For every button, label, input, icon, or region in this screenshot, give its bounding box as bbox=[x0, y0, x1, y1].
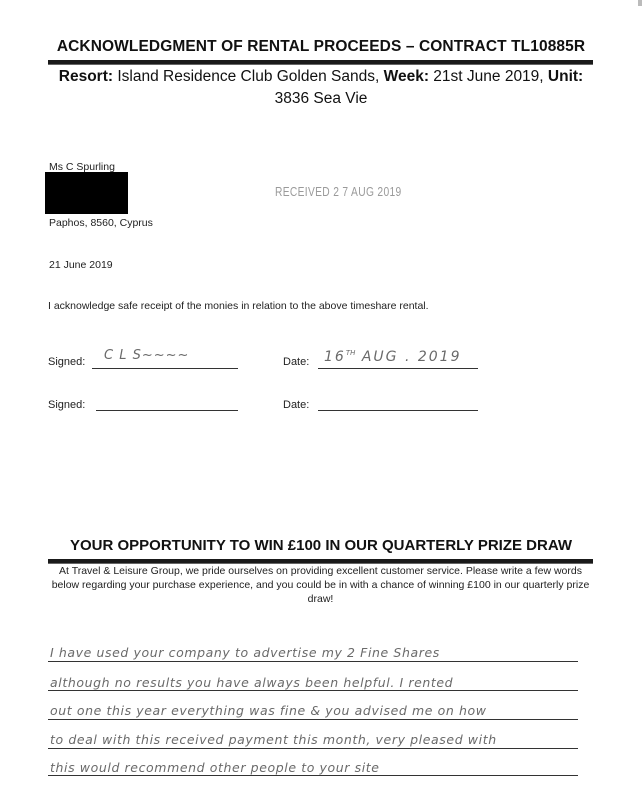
feedback-rule-1[interactable] bbox=[48, 661, 578, 662]
letter-date: 21 June 2019 bbox=[49, 259, 113, 271]
unit-value: 3836 Sea Vie bbox=[275, 90, 368, 107]
scan-edge-mark bbox=[638, 0, 642, 6]
feedback-line-5: this would recommend other people to you… bbox=[50, 760, 590, 775]
date-label-2: Date: bbox=[283, 399, 309, 411]
signature-field-1[interactable] bbox=[92, 368, 238, 369]
recipient-city: Paphos, 8560, Cyprus bbox=[49, 217, 153, 229]
redacted-address-block bbox=[45, 172, 128, 214]
feedback-rule-4[interactable] bbox=[48, 748, 578, 749]
feedback-rule-5[interactable] bbox=[48, 775, 578, 776]
feedback-rule-3[interactable] bbox=[48, 719, 578, 720]
prize-draw-text: At Travel & Leisure Group, we pride ours… bbox=[48, 564, 593, 606]
date-field-1[interactable] bbox=[318, 368, 478, 369]
signed-label-1: Signed: bbox=[48, 356, 85, 368]
resort-label: Resort: bbox=[59, 68, 113, 85]
acknowledgement-text: I acknowledge safe receipt of the monies… bbox=[48, 300, 429, 312]
feedback-rule-2[interactable] bbox=[48, 690, 578, 691]
feedback-line-4: to deal with this received payment this … bbox=[50, 732, 590, 747]
date-day: 16 bbox=[324, 349, 346, 365]
prize-draw-title: YOUR OPPORTUNITY TO WIN £100 IN OUR QUAR… bbox=[0, 537, 642, 554]
date-month-year: AUG . 2019 bbox=[362, 349, 462, 365]
date-suffix: TH bbox=[346, 349, 356, 357]
date-field-2[interactable] bbox=[318, 410, 478, 411]
document-title: ACKNOWLEDGMENT OF RENTAL PROCEEDS – CONT… bbox=[0, 38, 642, 56]
received-stamp: RECEIVED 2 7 AUG 2019 bbox=[275, 185, 402, 199]
resort-value: Island Residence Club Golden Sands, bbox=[117, 68, 379, 85]
date-label-1: Date: bbox=[283, 356, 309, 368]
week-label: Week: bbox=[384, 68, 429, 85]
signed-label-2: Signed: bbox=[48, 399, 85, 411]
week-value: 21st June 2019, bbox=[433, 68, 543, 85]
title-divider bbox=[48, 60, 593, 64]
signature-field-2[interactable] bbox=[96, 410, 238, 411]
unit-label: Unit: bbox=[548, 68, 583, 85]
handwritten-signature: C L S~~~~ bbox=[104, 348, 189, 363]
resort-details: Resort: Island Residence Club Golden San… bbox=[0, 66, 642, 110]
prize-divider bbox=[48, 559, 593, 563]
feedback-line-2: although no results you have always been… bbox=[50, 675, 590, 690]
handwritten-date: 16TH AUG . 2019 bbox=[324, 349, 461, 365]
feedback-line-1: I have used your company to advertise my… bbox=[50, 645, 590, 660]
feedback-line-3: out one this year everything was fine & … bbox=[50, 703, 590, 718]
